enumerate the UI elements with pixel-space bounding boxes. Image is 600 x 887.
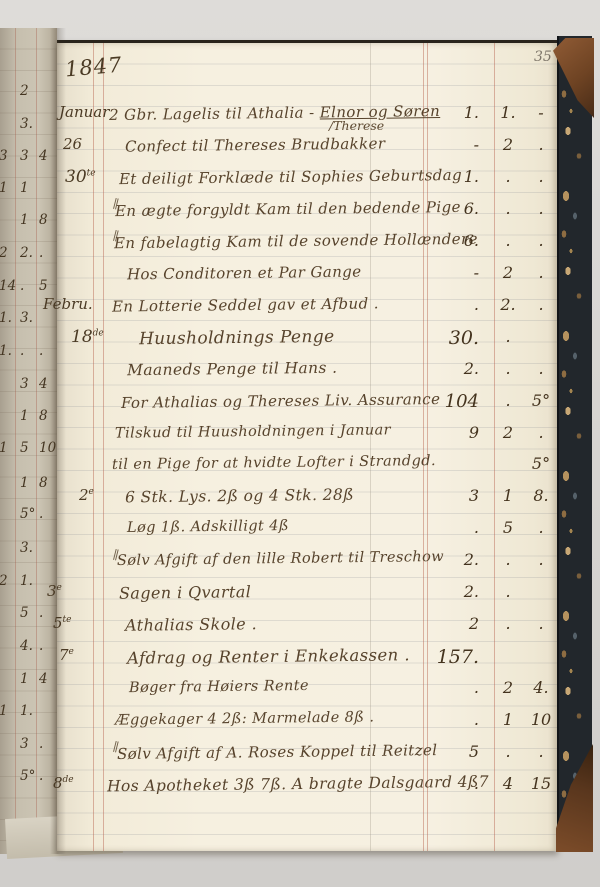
entry-description: Maaneds Penge til Hans . (127, 358, 338, 379)
amount-mark: . (493, 550, 523, 569)
amount-mark: . (493, 359, 523, 378)
amount-mark: 1 (493, 710, 523, 729)
facing-amount: . (39, 343, 43, 359)
facing-amount: 1 (20, 180, 29, 196)
amount-mark: . (493, 167, 523, 186)
ledger-row: ∥Sølv Afgift af den lille Robert til Tre… (57, 548, 558, 580)
facing-amount: . (39, 768, 43, 784)
amount-rigsdaler: 104 (393, 391, 479, 412)
facing-amount: 3 (0, 148, 8, 164)
facing-amount: 1. (20, 573, 33, 589)
ledger-row: Løg 1ß. Adskilligt 4ß.5. (57, 516, 558, 548)
facing-amount: 5 (39, 278, 48, 294)
facing-amount: 2 (0, 573, 8, 589)
ledger-row: 5teAthalias Skole .2.. (57, 612, 558, 644)
amount-skilling: . (525, 263, 557, 282)
amount-rigsdaler: 2 (393, 614, 479, 633)
ledger-row: 8deHos Apotheket 3ß 7ß. A bragte Dalsgaa… (57, 772, 558, 804)
facing-amount: 5 (20, 605, 29, 621)
facing-amount: . (39, 245, 43, 261)
facing-amount: 3. (20, 116, 33, 132)
entry-description: Sølv Afgift af A. Roses Koppel til Reitz… (117, 741, 438, 763)
entry-description: Confect til Thereses Brudbakker (125, 134, 386, 155)
entry-description: Huusholdnings Penge (139, 326, 335, 348)
amount-mark: . (493, 231, 523, 250)
ledger-page: 1847 35 Januar2 Gbr. Lagelis til Athalia… (57, 40, 558, 851)
entry-description: Athalias Skole . (125, 614, 257, 635)
facing-amount: 1 (0, 440, 8, 456)
facing-amount: 1 (0, 703, 8, 719)
facing-amount: 14 (0, 278, 16, 294)
facing-amount: . (39, 506, 43, 522)
amount-rigsdaler: - (393, 135, 479, 154)
entry-description: til en Pige for at hvidte Lofter i Stran… (112, 453, 436, 473)
facing-amount: 1 (20, 408, 29, 424)
facing-amount: . (20, 278, 24, 294)
facing-amount: 1 (20, 212, 29, 228)
ledger-row: Febru.En Lotterie Seddel gav et Afbud ..… (57, 293, 558, 325)
facing-amount: 5 (20, 440, 29, 456)
amount-rigsdaler: . (393, 678, 479, 697)
entry-date: 30te (65, 167, 96, 187)
amount-mark: . (493, 199, 523, 218)
facing-amount: 4 (39, 671, 48, 687)
entry-description: Afdrag og Renter i Enkekassen . (127, 645, 410, 667)
amount-rigsdaler: 30. (393, 327, 479, 349)
facing-amount: 8 (39, 475, 48, 491)
amount-rigsdaler: 9 (393, 423, 479, 442)
amount-skilling: . (525, 614, 557, 633)
amount-mark: 2. (493, 295, 523, 314)
amount-rigsdaler: . (393, 295, 479, 314)
amount-rigsdaler: 2. (393, 359, 479, 378)
facing-amount: 4 (39, 376, 48, 392)
amount-skilling: . (525, 423, 557, 442)
entry-description: Løg 1ß. Adskilligt 4ß (127, 518, 289, 536)
amount-rigsdaler: . (393, 774, 479, 793)
facing-amount: 8 (39, 212, 48, 228)
amount-mark: . (493, 582, 523, 601)
entry-date: 18de (71, 327, 104, 347)
ledger-row: Bøger fra Høiers Rente.24. (57, 676, 558, 708)
amount-mark: 4 (493, 774, 523, 793)
ledger-row: ∥En ægte forgyldt Kam til den bedende Pi… (57, 197, 558, 229)
amount-rigsdaler: - (393, 263, 479, 282)
amount-skilling: . (525, 359, 557, 378)
facing-amount: 1. (0, 310, 12, 326)
facing-amount: . (39, 638, 43, 654)
facing-amount: 1 (20, 671, 29, 687)
amount-rigsdaler: 6. (393, 199, 479, 218)
amount-mark: 2 (493, 263, 523, 282)
amount-skilling: . (525, 295, 557, 314)
amount-rigsdaler: 2. (393, 582, 479, 601)
amount-skilling: 5° (525, 391, 557, 410)
ledger-row: Januar2 Gbr. Lagelis til Athalia - Elnor… (57, 101, 558, 133)
ledger-row: 3eSagen i Qvartal2.. (57, 580, 558, 612)
facing-amount: 1. (20, 703, 33, 719)
facing-amount: . (20, 343, 24, 359)
facing-amount: 2. (20, 245, 33, 261)
entry-description: Sagen i Qvartal (119, 582, 251, 603)
facing-amount: 2 (20, 83, 29, 99)
amount-skilling: . (525, 518, 557, 537)
facing-page-red-rule (36, 28, 37, 854)
amount-rigsdaler: 1. (393, 167, 479, 186)
entry-description-subline: /Therese (329, 118, 384, 133)
amount-mark: 2 (493, 423, 523, 442)
amount-rigsdaler: 6. (393, 231, 479, 250)
amount-mark: 1. (493, 103, 523, 122)
facing-amount: 1. (0, 343, 12, 359)
ledger-row: Tilskud til Huusholdningen i Januar92. (57, 421, 558, 453)
entry-description: 2 Gbr. Lagelis til Athalia - Elnor og Sø… (109, 102, 440, 124)
amount-skilling: 8. (525, 486, 557, 505)
amount-skilling: . (525, 199, 557, 218)
facing-amount: 3. (20, 310, 33, 326)
ledger-row: Maaneds Penge til Hans .2... (57, 357, 558, 389)
amount-rigsdaler: 2. (393, 550, 479, 569)
amount-skilling: . (525, 231, 557, 250)
amount-rigsdaler: . (393, 710, 479, 729)
amount-skilling: 4. (525, 678, 557, 697)
facing-page-edge: 23.334111822..14.51.3.1...34181510185°.3… (0, 28, 57, 854)
facing-amount: 4 (39, 148, 48, 164)
facing-amount: . (39, 736, 43, 752)
ledger-row: For Athalias og Thereses Liv. Assurance1… (57, 389, 558, 421)
gutter-shadow (50, 28, 66, 854)
amount-skilling: . (525, 742, 557, 761)
amount-skilling: . (525, 135, 557, 154)
amount-mark: 1 (493, 486, 523, 505)
ledger-row: ∥En fabelagtig Kam til de sovende Hollæn… (57, 229, 558, 261)
amount-mark: . (493, 614, 523, 633)
entry-description: Æggekager 4 2ß: Marmelade 8ß . (115, 709, 375, 728)
entry-date: 2e (79, 486, 94, 504)
amount-mark: 5 (493, 518, 523, 537)
facing-amount: 3 (20, 376, 29, 392)
ledger-row: Hos Conditoren et Par Gange-2. (57, 261, 558, 293)
ledger-row: 30teEt deiligt Forklæde til Sophies Gebu… (57, 165, 558, 197)
binding-strip (557, 36, 592, 852)
amount-skilling: 5° (525, 454, 557, 473)
facing-amount: 2 (0, 245, 8, 261)
facing-amount: 4. (20, 638, 33, 654)
amount-rigsdaler: 157. (393, 646, 479, 668)
facing-amount: 8 (39, 408, 48, 424)
facing-amount: . (39, 605, 43, 621)
facing-amount: 5° (20, 506, 35, 522)
amount-mark: . (493, 327, 523, 346)
facing-page-red-rule (15, 28, 16, 854)
entry-description: Bøger fra Høiers Rente (129, 678, 309, 696)
facing-amount: 5° (20, 768, 35, 784)
facing-amount: 3 (20, 736, 29, 752)
entry-description: Hos Conditoren et Par Gange (127, 262, 362, 283)
ledger-row: Æggekager 4 2ß: Marmelade 8ß ..110 (57, 708, 558, 740)
ledger-row: til en Pige for at hvidte Lofter i Stran… (57, 452, 558, 484)
facing-amount: 1 (0, 180, 8, 196)
ledger-row: 2e6 Stk. Lys. 2ß og 4 Stk. 28ß318. (57, 484, 558, 516)
entry-date: Januar (59, 103, 109, 121)
ledger-row: 26Confect til Thereses Brudbakker-2. (57, 133, 558, 165)
amount-rigsdaler: 5 (393, 742, 479, 761)
amount-rigsdaler: 3 (393, 486, 479, 505)
ledger-row: 7eAfdrag og Renter i Enkekassen .157. (57, 644, 558, 676)
entry-description: 6 Stk. Lys. 2ß og 4 Stk. 28ß (125, 486, 354, 507)
facing-amount: 3 (20, 148, 29, 164)
amount-mark: . (493, 391, 523, 410)
entry-description: Tilskud til Huusholdningen i Januar (115, 422, 391, 441)
amount-skilling: . (525, 167, 557, 186)
amount-rigsdaler: . (393, 518, 479, 537)
entry-description: En Lotterie Seddel gav et Afbud . (112, 294, 379, 315)
amount-skilling: 15 (525, 774, 557, 793)
page-number: 35 (534, 49, 552, 65)
amount-mark: 2 (493, 135, 523, 154)
ledger-row: 18deHuusholdnings Penge30.. (57, 325, 558, 357)
amount-skilling: - (525, 103, 557, 122)
photographed-ledger-spread: 23.334111822..14.51.3.1...34181510185°.3… (0, 0, 600, 887)
facing-amount: 1 (20, 475, 29, 491)
amount-mark: . (493, 742, 523, 761)
amount-skilling: 10 (525, 710, 557, 729)
ledger-row: ∥Sølv Afgift af A. Roses Koppel til Reit… (57, 740, 558, 772)
year-heading: 1847 (64, 53, 123, 82)
amount-skilling: . (525, 550, 557, 569)
amount-mark: 2 (493, 678, 523, 697)
amount-rigsdaler: 1. (393, 103, 479, 122)
facing-amount: 3. (20, 540, 33, 556)
